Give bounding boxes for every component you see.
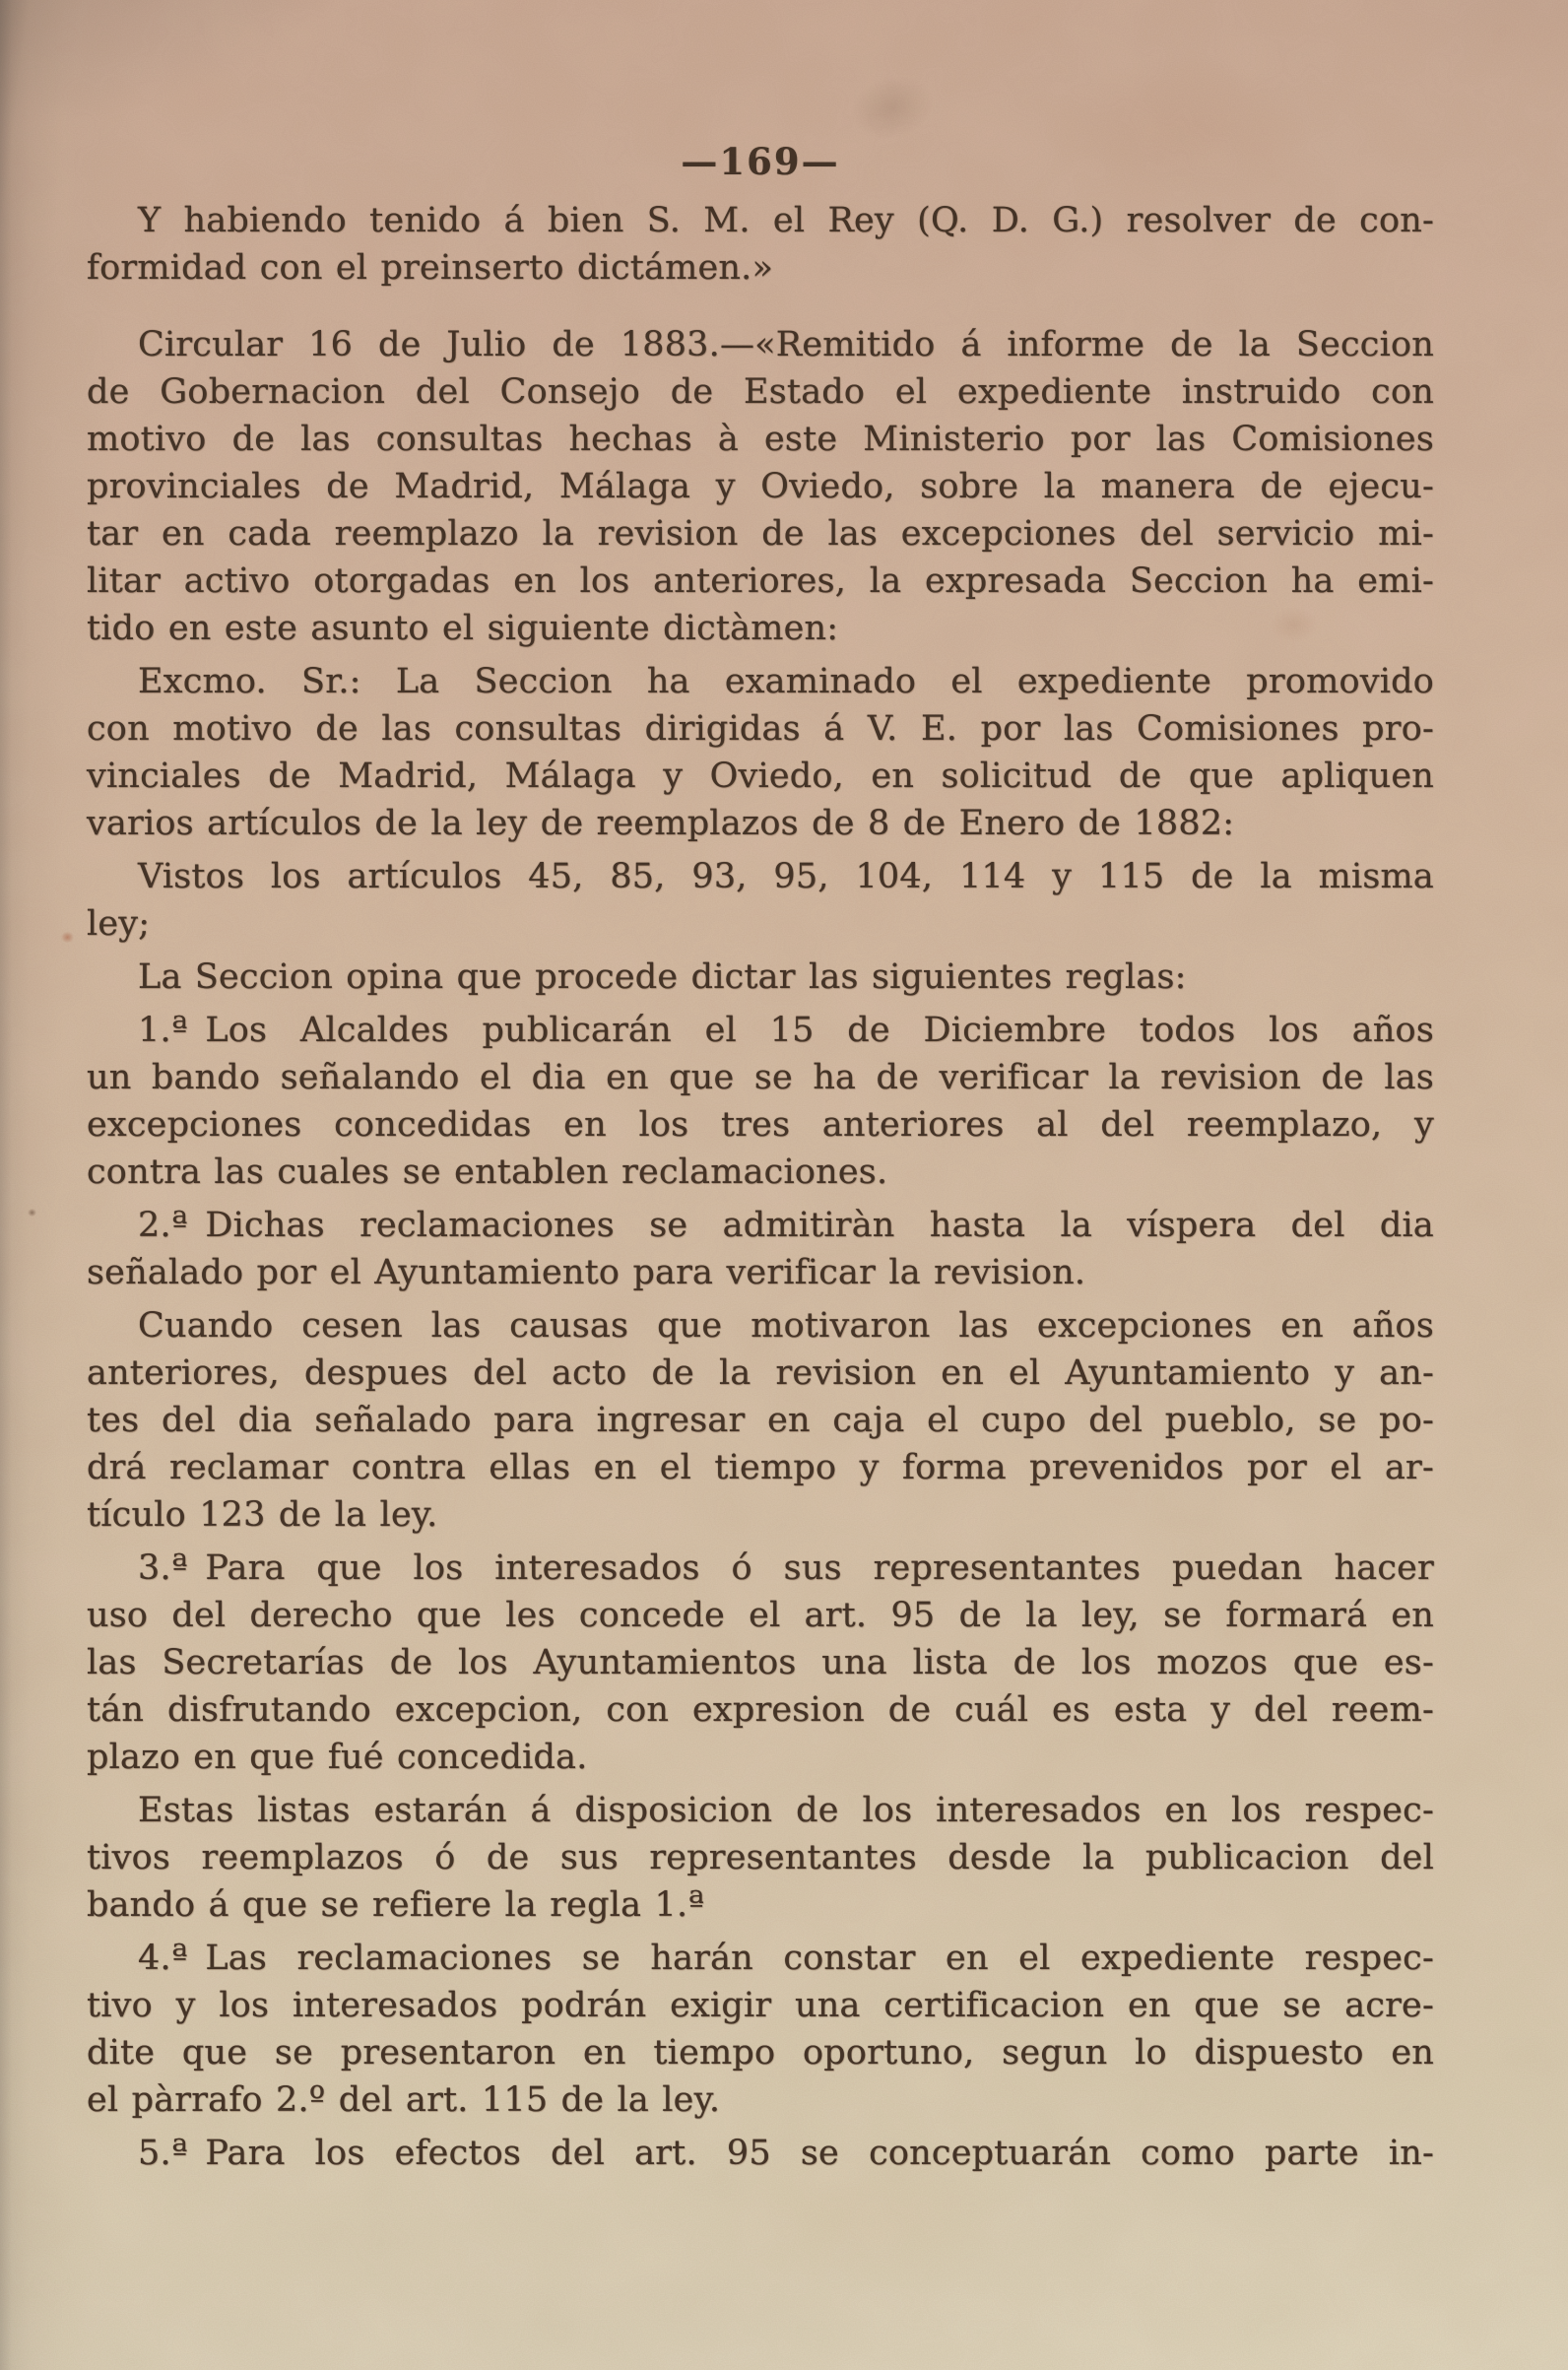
text-line: drá reclamar contra ellas en el tiempo y… [87, 1444, 1434, 1491]
text-block: Y habiendo tenido á bien S. M. el Rey (Q… [87, 197, 1434, 2177]
text-line: provinciales de Madrid, Málaga y Oviedo,… [87, 463, 1434, 510]
text-line: motivo de las consultas hechas à este Mi… [87, 416, 1434, 463]
text-line: Vistos los artículos 45, 85, 93, 95, 104… [87, 853, 1434, 900]
text-line: varios artículos de la ley de reemplazos… [87, 800, 1434, 847]
text-line: 4.ª Las reclamaciones se harán constar e… [87, 1935, 1434, 1982]
page-content: —169— Y habiendo tenido á bien S. M. el … [87, 140, 1434, 2177]
text-line: el pàrrafo 2.º del art. 115 de la ley. [87, 2076, 1434, 2124]
text-line: tar en cada reemplazo la revision de las… [87, 510, 1434, 558]
paragraph: Circular 16 de Julio de 1883.—«Remitido … [87, 321, 1434, 652]
paragraph: 3.ª Para que los interesados ó sus repre… [87, 1545, 1434, 1781]
text-line: 5.ª Para los efectos del art. 95 se conc… [87, 2130, 1434, 2177]
text-line: 2.ª Dichas reclamaciones se admitiràn ha… [87, 1202, 1434, 1249]
page-number: —169— [87, 140, 1434, 183]
text-line: tivos reemplazos ó de sus representantes… [87, 1834, 1434, 1881]
text-line: litar activo otorgadas en los anteriores… [87, 558, 1434, 605]
paragraph: Cuando cesen las causas que motivaron la… [87, 1302, 1434, 1539]
text-line: con motivo de las consultas dirigidas á … [87, 705, 1434, 753]
text-line: un bando señalando el dia en que se ha d… [87, 1054, 1434, 1101]
stain [59, 930, 76, 945]
paragraph: La Seccion opina que procede dictar las … [87, 954, 1434, 1001]
text-line: tido en este asunto el siguiente dictàme… [87, 605, 1434, 652]
text-line: Excmo. Sr.: La Seccion ha examinado el e… [87, 658, 1434, 705]
stain [27, 1208, 37, 1218]
text-line: contra las cuales se entablen reclamacio… [87, 1149, 1434, 1196]
text-line: Y habiendo tenido á bien S. M. el Rey (Q… [87, 197, 1434, 244]
text-line: tes del dia señalado para ingresar en ca… [87, 1397, 1434, 1444]
text-line: 1.ª Los Alcaldes publicarán el 15 de Dic… [87, 1007, 1434, 1054]
paragraph: Excmo. Sr.: La Seccion ha examinado el e… [87, 658, 1434, 847]
text-line: plazo en que fué concedida. [87, 1734, 1434, 1781]
text-line: tivo y los interesados podrán exigir una… [87, 1982, 1434, 2029]
text-line: formidad con el preinserto dictámen.» [87, 244, 1434, 292]
text-line: La Seccion opina que procede dictar las … [87, 954, 1434, 1001]
text-line: Estas listas estarán á disposicion de lo… [87, 1787, 1434, 1834]
text-line: Cuando cesen las causas que motivaron la… [87, 1302, 1434, 1350]
text-line: dite que se presentaron en tiempo oportu… [87, 2029, 1434, 2076]
text-line: tán disfrutando excepcion, con expresion… [87, 1686, 1434, 1734]
paragraph: 1.ª Los Alcaldes publicarán el 15 de Dic… [87, 1007, 1434, 1196]
text-line: excepciones concedidas en los tres anter… [87, 1101, 1434, 1149]
paragraph: 4.ª Las reclamaciones se harán constar e… [87, 1935, 1434, 2124]
text-line: tículo 123 de la ley. [87, 1491, 1434, 1539]
text-line: bando á que se refiere la regla 1.ª [87, 1881, 1434, 1929]
paragraph: 5.ª Para los efectos del art. 95 se conc… [87, 2130, 1434, 2177]
text-line: 3.ª Para que los interesados ó sus repre… [87, 1545, 1434, 1592]
text-line: vinciales de Madrid, Málaga y Oviedo, en… [87, 753, 1434, 800]
paragraph: 2.ª Dichas reclamaciones se admitiràn ha… [87, 1202, 1434, 1296]
paragraph: Y habiendo tenido á bien S. M. el Rey (Q… [87, 197, 1434, 292]
text-line: Circular 16 de Julio de 1883.—«Remitido … [87, 321, 1434, 368]
paragraph: Estas listas estarán á disposicion de lo… [87, 1787, 1434, 1929]
text-line: anteriores, despues del acto de la revis… [87, 1350, 1434, 1397]
text-line: las Secretarías de los Ayuntamientos una… [87, 1639, 1434, 1686]
text-line: señalado por el Ayuntamiento para verifi… [87, 1249, 1434, 1296]
text-line: de Gobernacion del Consejo de Estado el … [87, 368, 1434, 416]
book-page: —169— Y habiendo tenido á bien S. M. el … [0, 0, 1568, 2370]
paragraph: Vistos los artículos 45, 85, 93, 95, 104… [87, 853, 1434, 948]
text-line: ley; [87, 900, 1434, 948]
text-line: uso del derecho que les concede el art. … [87, 1592, 1434, 1639]
